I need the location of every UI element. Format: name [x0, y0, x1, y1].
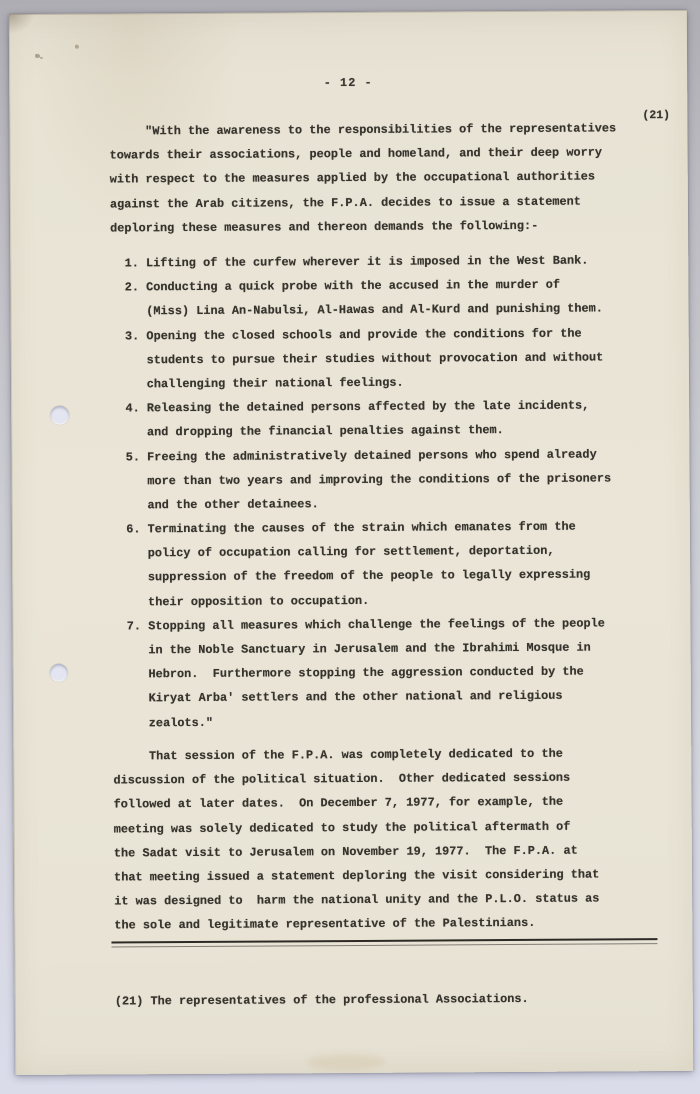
- footnote-text: (21) The representatives of the professi…: [115, 987, 529, 1014]
- text-line: the sole and legitimate representative o…: [114, 911, 599, 938]
- text-line: 3. Opening the closed schools and provid…: [111, 321, 611, 348]
- text-line: 4. Releasing the detained persons affect…: [111, 394, 611, 421]
- text-line: Hebron. Furthermore stopping the aggress…: [113, 660, 613, 687]
- text-line: towards their associations, people and h…: [110, 141, 617, 168]
- text-line: Kiryat Arba' settlers and the other nati…: [113, 684, 613, 711]
- text-line: it was designed to harm the national uni…: [114, 887, 599, 914]
- text-line: and the other detainees.: [112, 490, 612, 517]
- footnote: (21) The representatives of the professi…: [115, 951, 529, 1050]
- paper-stain: [307, 1054, 385, 1070]
- text-line: 1. Lifting of the curfew wherever it is …: [110, 248, 610, 275]
- text-line: 2. Conducting a quick probe with the acc…: [110, 273, 610, 300]
- document-page: - 12 - "With the awareness to the respon…: [9, 10, 693, 1075]
- text-line: deploring these measures and thereon dem…: [110, 213, 617, 240]
- punch-hole-bottom: [50, 664, 68, 682]
- demands-list: 1. Lifting of the curfew wherever it is …: [110, 248, 612, 735]
- text-line: That session of the F.P.A. was completel…: [113, 741, 598, 768]
- text-line: more than two years and improving the co…: [112, 466, 612, 493]
- text-line: suppression of the freedom of the people…: [112, 563, 612, 590]
- text-line: zealots.": [113, 708, 613, 735]
- text-line: discussion of the political situation. O…: [113, 766, 598, 793]
- paper-speck: [75, 45, 79, 49]
- text-line: students to pursue their studies without…: [111, 345, 611, 372]
- text-line: against the Arab citizens, the F.P.A. de…: [110, 189, 617, 216]
- text-line: policy of occupation calling for settlem…: [112, 539, 612, 566]
- text-line: their opposition to occupation.: [112, 587, 612, 614]
- text-line: followed at later dates. On December 7, …: [114, 790, 599, 817]
- footnote-rule: [111, 938, 657, 947]
- text-line: meeting was solely dedicated to study th…: [114, 814, 599, 841]
- text-line: in the Noble Sanctuary in Jerusalem and …: [113, 635, 613, 662]
- paper-speck: [35, 54, 40, 58]
- paper-corner-shading: [9, 14, 35, 34]
- punch-hole-top: [50, 406, 69, 425]
- footnote-reference-marker: (21): [642, 109, 670, 122]
- closing-paragraph: That session of the F.P.A. was completel…: [113, 741, 599, 937]
- text-line: and dropping the financial penalties aga…: [111, 418, 611, 445]
- text-line: 7. Stopping all measures which challenge…: [112, 611, 612, 638]
- page-number: - 12 -: [9, 74, 687, 92]
- text-line: (Miss) Lina An-Nabulsi, Al-Hawas and Al-…: [111, 297, 611, 324]
- text-line: that meeting issued a statement deplorin…: [114, 862, 599, 889]
- text-line: the Sadat visit to Jerusalem on November…: [114, 838, 599, 865]
- text-line: 5. Freeing the administratively detained…: [111, 442, 611, 469]
- text-line: "With the awareness to the responsibilit…: [109, 116, 616, 143]
- quote-paragraph: "With the awareness to the responsibilit…: [109, 116, 616, 240]
- text-line: challenging their national feelings.: [111, 369, 611, 396]
- text-line: 6. Terminating the causes of the strain …: [112, 514, 612, 541]
- text-line: with respect to the measures applied by …: [110, 165, 617, 192]
